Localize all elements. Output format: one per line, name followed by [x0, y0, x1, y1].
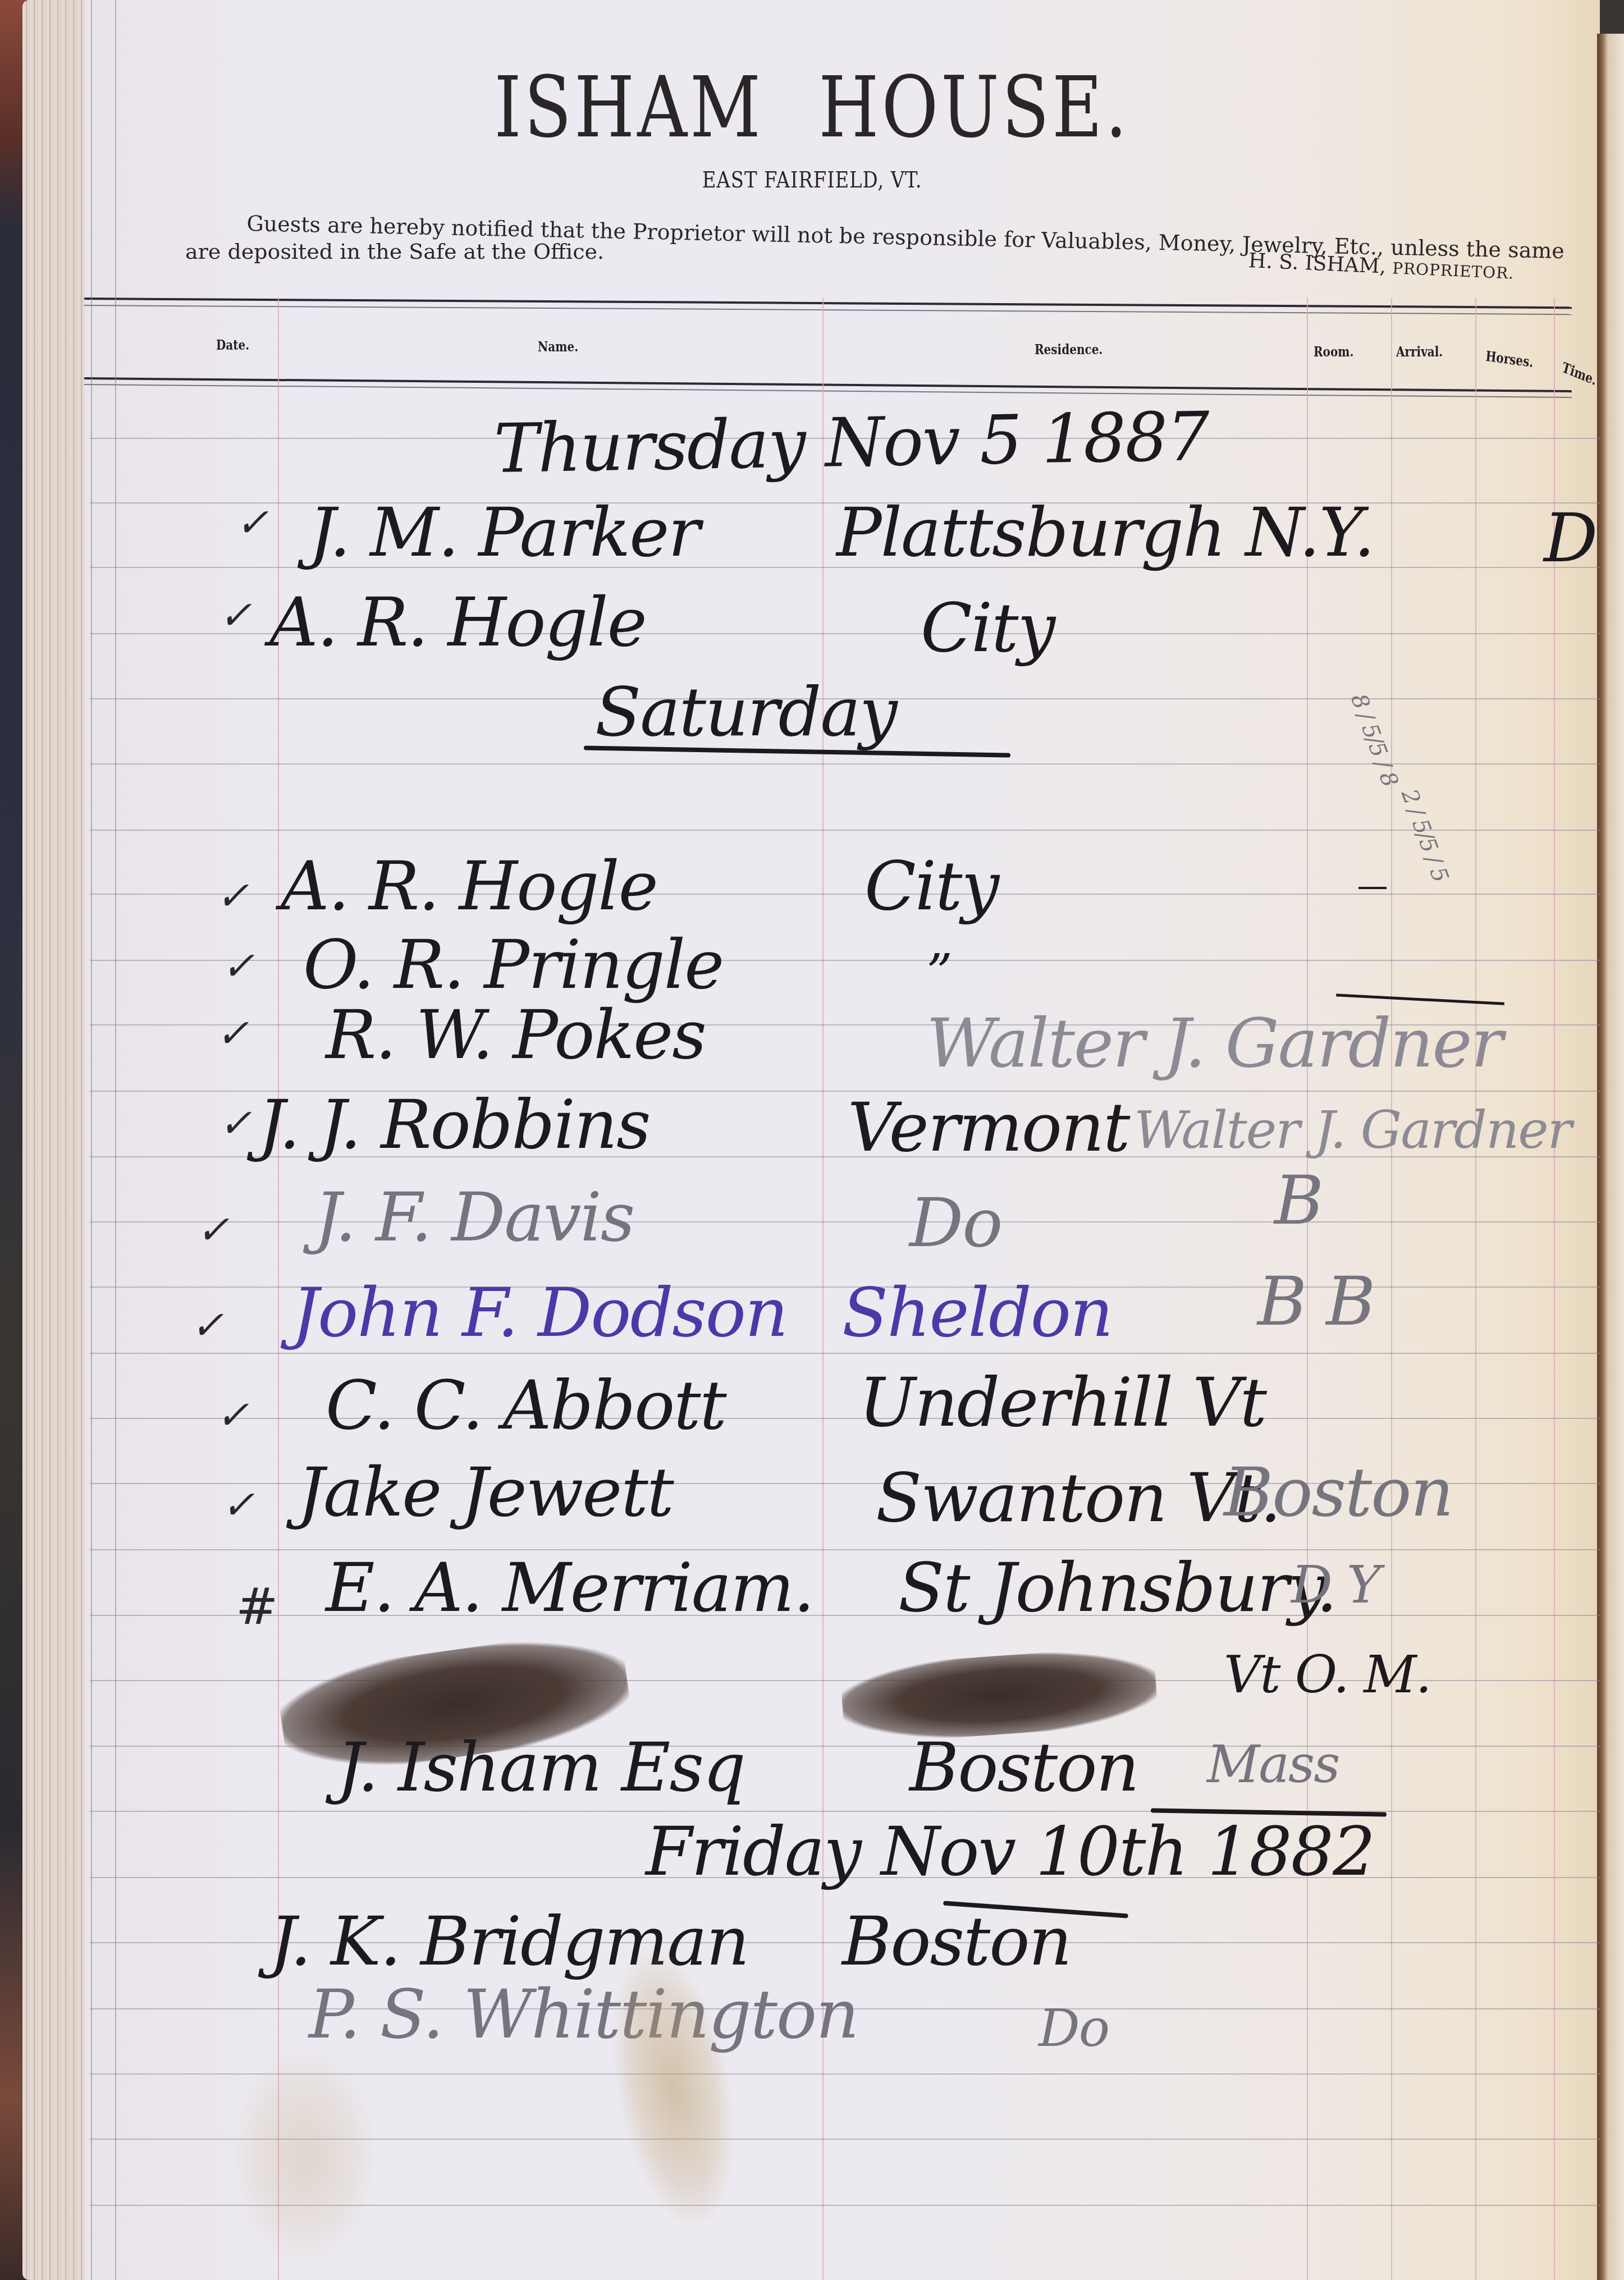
guest-residence: Boston	[909, 1729, 1138, 1807]
room-note-pencil: Boston	[1224, 1454, 1453, 1532]
row-rule	[90, 1418, 1600, 1419]
check-mark: ✓	[222, 1482, 255, 1528]
guest-residence: St Johnsbury.	[898, 1549, 1337, 1627]
check-mark: ✓	[191, 1302, 224, 1348]
room-note-pencil: Mass	[1207, 1734, 1339, 1794]
check-mark: ✓	[216, 873, 249, 919]
page-fold-line-1	[91, 0, 92, 2280]
guest-residence: Boston	[842, 1903, 1071, 1981]
guest-residence: Underhill Vt	[859, 1364, 1266, 1442]
next-page-edge	[1597, 34, 1624, 2280]
column-header-residence: Residence.	[1035, 341, 1103, 358]
guest-name: O. R. Pringle	[303, 926, 723, 1004]
date-heading-saturday: Saturday	[595, 674, 896, 752]
guest-residence-ditto: ”	[926, 943, 951, 1003]
notice-line-2: are deposited in the Safe at the Office.	[185, 239, 604, 264]
check-mark: ✓	[196, 1207, 230, 1253]
column-header-room: Room.	[1314, 344, 1353, 360]
date-heading-friday: Friday Nov 10th 1882	[646, 1813, 1374, 1891]
date-heading-thursday: Thursday Nov 5 1887	[493, 398, 1209, 488]
column-header-arrival: Arrival.	[1396, 344, 1443, 360]
hotel-location: EAST FAIRFIELD, VT.	[122, 167, 1502, 193]
guest-name: J. J. Robbins	[258, 1086, 650, 1164]
guest-name: J. M. Parker	[309, 494, 699, 572]
guest-residence: City	[921, 589, 1054, 667]
title-word-isham: ISHAM	[494, 59, 763, 157]
guest-residence-pencil: Do	[1039, 1998, 1109, 2058]
room-note: Vt O. M.	[1224, 1645, 1431, 1705]
check-mark: ✓	[219, 592, 252, 638]
guest-residence: Vermont	[848, 1089, 1129, 1167]
title-word-house: HOUSE.	[818, 59, 1129, 157]
column-divider-arrival-horses	[1475, 297, 1476, 2280]
hotel-title: ISHAMHOUSE.	[146, 59, 1477, 157]
guest-residence-pencil: Do	[909, 1184, 1001, 1262]
row-rule	[90, 830, 1600, 831]
guest-residence: Plattsburgh N.Y.	[836, 494, 1374, 572]
check-mark: ✓	[236, 500, 269, 546]
guest-name: Jake Jewett	[298, 1454, 673, 1532]
guest-name: A. R. Hogle	[281, 848, 657, 926]
guest-name-pencil: P. S. Whittington	[309, 1976, 858, 2054]
room-note-pencil: Walter J. Gardner	[1134, 1100, 1571, 1160]
guest-name-purple-ink: John F. Dodson	[292, 1274, 787, 1352]
guest-name-pencil: J. F. Davis	[314, 1179, 634, 1257]
column-header-name: Name.	[538, 338, 578, 355]
dash-mark	[1358, 887, 1387, 889]
check-mark: ✓	[219, 1100, 252, 1146]
row-rule	[90, 1549, 1600, 1550]
row-rule	[90, 1615, 1600, 1616]
guest-residence-pencil: Walter J. Gardner	[926, 1005, 1502, 1083]
column-header-date: Date.	[216, 337, 249, 353]
guest-name: J. Isham Esq	[337, 1729, 745, 1807]
row-rule	[90, 1353, 1600, 1354]
time-mark: D	[1544, 500, 1596, 578]
check-mark: ✓	[216, 1010, 249, 1056]
room-note-pencil: D Y	[1291, 1555, 1380, 1615]
page-fold-line-2	[115, 0, 116, 2280]
guest-residence-purple-ink: Sheldon	[842, 1274, 1112, 1352]
guest-name: R. W. Pokes	[326, 996, 706, 1074]
guest-name: A. R. Hogle	[269, 584, 646, 662]
room-note-pencil: B B	[1257, 1263, 1375, 1341]
column-divider-room-arrival	[1391, 297, 1392, 2280]
column-divider-horses-time	[1554, 297, 1555, 2280]
guest-name: E. A. Merriam.	[326, 1549, 813, 1627]
guest-residence: City	[864, 848, 998, 926]
guest-residence: Swanton Vt.	[876, 1459, 1280, 1537]
check-mark: ✓	[222, 943, 255, 989]
guest-name: C. C. Abbott	[326, 1367, 726, 1445]
proprietor-title: PROPRIETOR.	[1392, 259, 1515, 282]
water-stain	[236, 2049, 376, 2262]
room-note-pencil: B	[1274, 1162, 1323, 1240]
hash-mark: #	[236, 1577, 278, 1636]
check-mark: ✓	[216, 1392, 249, 1438]
